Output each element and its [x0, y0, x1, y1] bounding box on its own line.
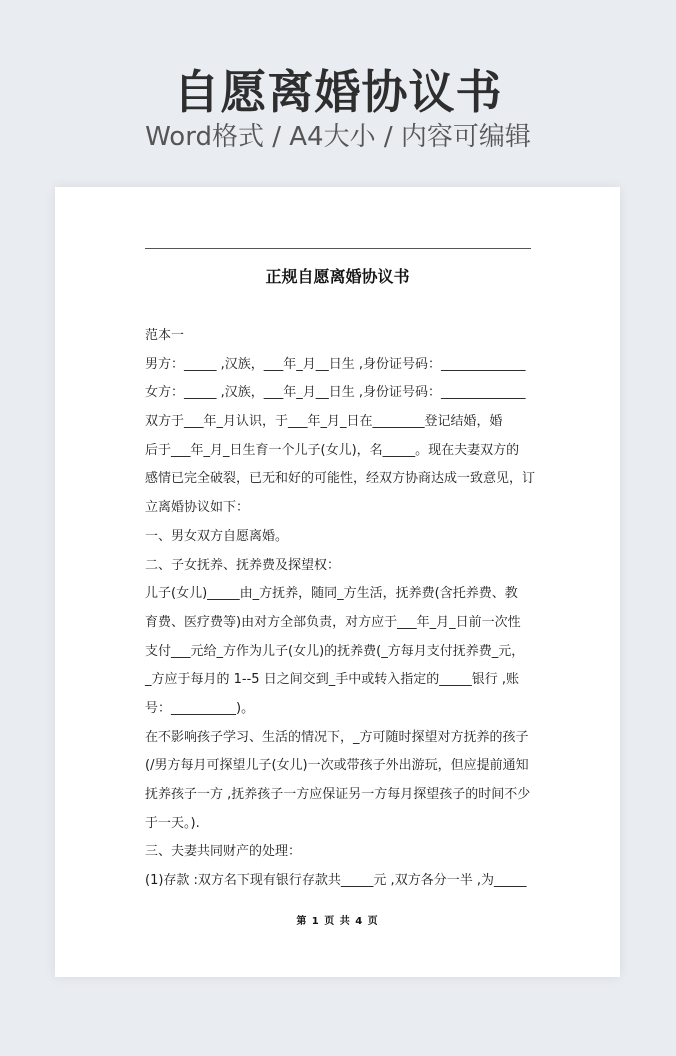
- text-line: (1)存款 :双方名下现有银行存款共_____元 ,双方各分一半 ,为_____: [145, 867, 545, 896]
- banner-title: 自愿离婚协议书: [0, 62, 676, 122]
- section-heading: 三、夫妻共同财产的处理：: [145, 838, 545, 867]
- text-line: 后于___年_月_日生育一个儿子(女儿)，名_____。现在夫妻双方的: [145, 437, 545, 466]
- text-line: 感情已完全破裂，已无和好的可能性，经双方协商达成一致意见，订: [145, 465, 545, 494]
- text-line: 在不影响孩子学习、生活的情况下，_方可随时探望对方抚养的孩子: [145, 724, 545, 753]
- header-rule: [145, 248, 531, 249]
- sample-label: 范本一: [145, 322, 545, 351]
- banner-subtitle: Word格式 / A4大小 / 内容可编辑: [0, 118, 676, 156]
- text-line: 双方于___年_月认识，于___年_月_日在________登记结婚，婚: [145, 408, 545, 437]
- section-heading: 二、子女抚养、抚养费及探望权：: [145, 552, 545, 581]
- document-body: 范本一 男方：_____ ,汉族，___年_月__日生 ,身份证号码：_____…: [145, 322, 545, 896]
- text-line: _方应于每月的 1--5 日之间交到_手中或转入指定的_____银行 ,账: [145, 666, 545, 695]
- text-line: 支付___元给_方作为儿子(女儿)的抚养费(_方每月支付抚养费_元，: [145, 638, 545, 667]
- document-title: 正规自愿离婚协议书: [55, 265, 620, 289]
- document-page: 正规自愿离婚协议书 范本一 男方：_____ ,汉族，___年_月__日生 ,身…: [55, 187, 620, 977]
- page-number: 第 1 页 共 4 页: [55, 912, 620, 927]
- text-line: 儿子(女儿)_____由_方抚养，随同_方生活，抚养费(含托养费、教: [145, 580, 545, 609]
- text-line: 抚养孩子一方 ,抚养孩子一方应保证另一方每月探望孩子的时间不少: [145, 781, 545, 810]
- text-line: 女方：_____ ,汉族，___年_月__日生 ,身份证号码：_________…: [145, 379, 545, 408]
- text-line: 育费、医疗费等)由对方全部负责，对方应于___年_月_日前一次性: [145, 609, 545, 638]
- text-line: 号：__________)。: [145, 695, 545, 724]
- text-line: 男方：_____ ,汉族，___年_月__日生 ,身份证号码：_________…: [145, 351, 545, 380]
- text-line: 于一天。).: [145, 810, 545, 839]
- section-heading: 一、男女双方自愿离婚。: [145, 523, 545, 552]
- text-line: (/男方每月可探望儿子(女儿)一次或带孩子外出游玩，但应提前通知: [145, 752, 545, 781]
- text-line: 立离婚协议如下：: [145, 494, 545, 523]
